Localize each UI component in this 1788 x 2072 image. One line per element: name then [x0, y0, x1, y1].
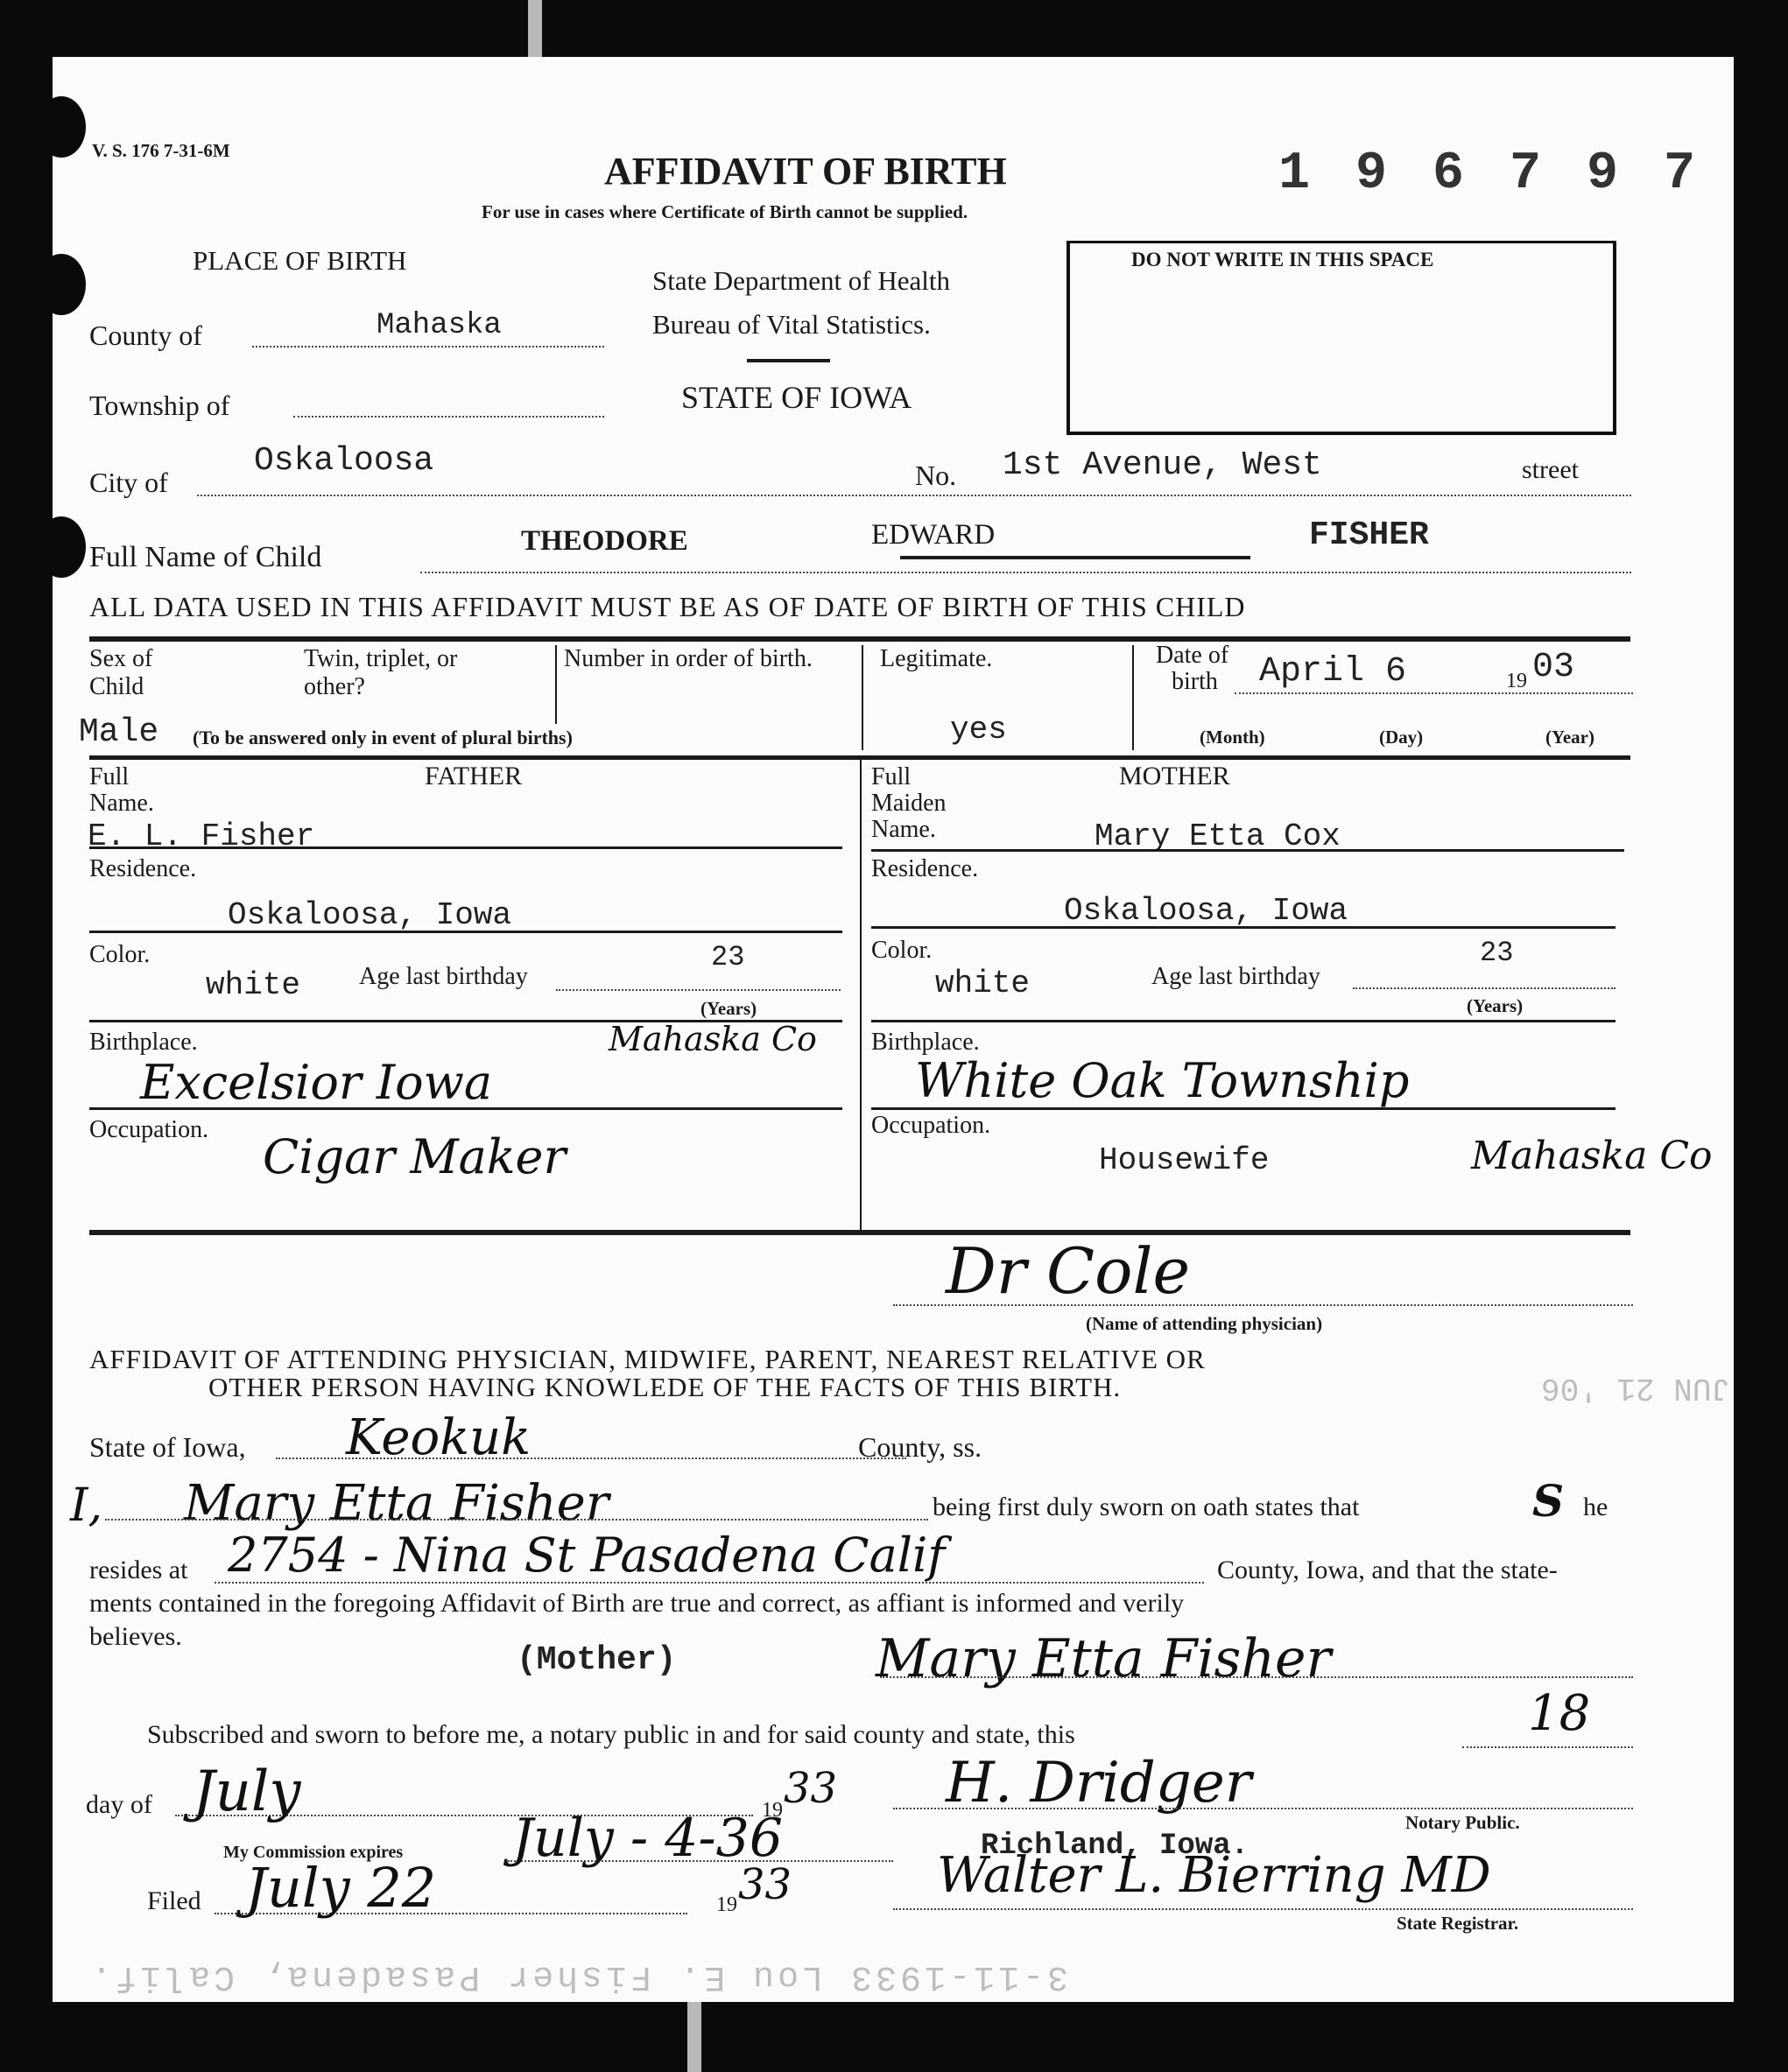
affidavit-county-value[interactable]: Keokuk	[346, 1409, 531, 1466]
mother-age-value[interactable]: 23	[1480, 937, 1513, 969]
punch-hole	[37, 254, 86, 315]
form-subtitle: For use in cases where Certificate of Bi…	[482, 201, 968, 223]
place-of-birth-heading: PLACE OF BIRTH	[193, 245, 406, 277]
day-caption: (Day)	[1379, 727, 1423, 748]
city-label: City of	[89, 467, 168, 499]
county-iowa-text: County, Iowa, and that the state-	[1217, 1556, 1558, 1585]
street-value[interactable]: 1st Avenue, West	[1003, 446, 1322, 484]
column-divider	[862, 645, 863, 750]
county-line	[252, 346, 604, 348]
divider	[747, 359, 830, 362]
believes-text: believes.	[89, 1622, 182, 1652]
dob-label-line2: birth	[1172, 668, 1218, 696]
field-line	[89, 846, 842, 849]
county-value[interactable]: Mahaska	[377, 309, 502, 342]
mother-birthplace-note[interactable]: Mahaska Co	[1471, 1134, 1712, 1178]
statement-line: ments contained in the foregoing Affidav…	[89, 1589, 1184, 1619]
pronoun-value[interactable]: S	[1532, 1475, 1564, 1527]
mother-residence-label: Residence.	[871, 855, 978, 883]
relation-value[interactable]: (Mother)	[517, 1641, 676, 1679]
scanner-strip	[528, 0, 542, 57]
punch-hole	[37, 96, 86, 158]
sworn-text: being first duly sworn on oath states th…	[933, 1493, 1359, 1522]
signature-line	[880, 1676, 1633, 1678]
year-caption: (Year)	[1545, 727, 1594, 748]
dob-month-day[interactable]: April 6	[1259, 652, 1406, 692]
father-heading: FATHER	[425, 762, 522, 791]
field-line	[89, 931, 842, 933]
day-line	[1462, 1746, 1633, 1748]
mother-color-value[interactable]: white	[935, 966, 1030, 1001]
mother-occupation-value[interactable]: Housewife	[1099, 1142, 1269, 1178]
mother-age-label: Age last birthday	[1151, 963, 1320, 991]
subscribed-text: Subscribed and sworn to before me, a not…	[147, 1720, 1075, 1750]
dob-year-prefix: 19	[1506, 670, 1527, 693]
dob-line	[1235, 692, 1633, 694]
father-birthplace-label: Birthplace.	[89, 1029, 198, 1057]
form-code: V. S. 176 7-31-6M	[92, 140, 230, 162]
physician-name-value[interactable]: Dr Cole	[946, 1234, 1190, 1308]
notary-month-value[interactable]: July	[193, 1759, 301, 1824]
column-divider	[1132, 645, 1134, 750]
physician-line	[893, 1304, 1633, 1306]
legitimate-label: Legitimate.	[880, 645, 992, 673]
county-ss-label: County, ss.	[858, 1431, 982, 1464]
age-line	[556, 989, 841, 991]
registrar-signature[interactable]: Walter L. Bierring MD	[937, 1847, 1491, 1904]
plural-births-note: (To be answered only in event of plural …	[193, 727, 573, 749]
mother-heading: MOTHER	[1119, 762, 1230, 791]
affidavit-sheet: V. S. 176 7-31-6M AFFIDAVIT OF BIRTH For…	[53, 57, 1734, 2002]
affidavit-heading-1: AFFIDAVIT OF ATTENDING PHYSICIAN, MIDWIF…	[89, 1344, 1206, 1375]
township-label: Township of	[89, 390, 229, 422]
received-stamp: JUN 21 '06	[1541, 1370, 1730, 1406]
filed-year-suffix[interactable]: 33	[738, 1860, 792, 1909]
city-line	[197, 495, 1631, 496]
child-name-label: Full Name of Child	[89, 541, 321, 574]
mother-color-label: Color.	[871, 937, 932, 965]
father-age-value[interactable]: 23	[711, 941, 744, 973]
department-name: State Department of Health	[652, 265, 950, 297]
father-name-label: Full Name.	[89, 764, 177, 817]
child-middle-name[interactable]: EDWARD	[871, 519, 995, 551]
do-not-write-label: DO NOT WRITE IN THIS SPACE	[1131, 249, 1433, 271]
column-divider	[555, 645, 557, 724]
affidavit-heading-2: OTHER PERSON HAVING KNOWLEDE OF THE FACT…	[208, 1372, 1121, 1403]
father-age-label: Age last birthday	[359, 963, 528, 991]
notary-year-suffix[interactable]: 33	[784, 1764, 837, 1813]
sex-value[interactable]: Male	[79, 713, 158, 751]
field-line	[89, 1107, 842, 1110]
physician-caption: (Name of attending physician)	[1086, 1313, 1322, 1335]
father-color-label: Color.	[89, 941, 150, 969]
number-label: No.	[915, 460, 956, 492]
affiant-signature[interactable]: Mary Etta Fisher	[876, 1628, 1331, 1689]
field-line	[871, 1107, 1616, 1110]
father-color-value[interactable]: white	[206, 967, 300, 1003]
child-first-name[interactable]: THEODORE	[521, 525, 688, 558]
mother-birthplace-value[interactable]: White Oak Township	[915, 1053, 1409, 1108]
father-occupation-label: Occupation.	[89, 1116, 208, 1144]
mother-residence-value[interactable]: Oskaloosa, Iowa	[1064, 893, 1348, 929]
dob-label-line1: Date of	[1156, 642, 1228, 670]
middle-name-underline	[900, 556, 1250, 559]
filed-label: Filed	[147, 1886, 201, 1916]
street-label: street	[1522, 455, 1579, 485]
father-residence-value[interactable]: Oskaloosa, Iowa	[228, 897, 511, 933]
day-of-label: day of	[86, 1790, 152, 1820]
punch-hole	[37, 516, 86, 578]
dob-year-suffix[interactable]: 03	[1532, 648, 1574, 687]
mother-name-label: Full Maiden Name.	[871, 764, 968, 843]
state-registrar-label: State Registrar.	[1397, 1913, 1518, 1935]
parents-divider	[860, 760, 862, 1233]
affiant-name-value[interactable]: Mary Etta Fisher	[184, 1475, 609, 1532]
father-residence-label: Residence.	[89, 855, 196, 883]
filed-date-value[interactable]: July 22	[245, 1856, 436, 1920]
city-value[interactable]: Oskaloosa	[254, 442, 433, 480]
child-last-name[interactable]: FISHER	[1309, 516, 1429, 554]
affiant-line	[105, 1519, 928, 1521]
office-use-box: DO NOT WRITE IN THIS SPACE	[1066, 241, 1616, 435]
state-name: STATE OF IOWA	[681, 379, 912, 416]
twin-label: Twin, triplet, or other?	[304, 645, 479, 701]
notary-signature[interactable]: H. Dridger	[946, 1751, 1251, 1816]
father-birthplace-value[interactable]: Excelsior Iowa	[140, 1055, 492, 1110]
affiant-address-value[interactable]: 2754 - Nina St Pasadena Calif	[228, 1528, 945, 1583]
section-rule	[89, 1230, 1630, 1235]
form-title: AFFIDAVIT OF BIRTH	[604, 149, 1007, 193]
notary-signature-line	[893, 1808, 1633, 1809]
state-of-iowa-label: State of Iowa,	[89, 1431, 246, 1464]
filed-year-prefix: 19	[716, 1893, 737, 1917]
pronoun-suffix: he	[1583, 1493, 1608, 1522]
township-line	[293, 416, 604, 418]
age-line	[1353, 987, 1616, 989]
bureau-name: Bureau of Vital Statistics.	[652, 309, 931, 341]
section-rule	[89, 636, 1630, 642]
field-line	[871, 926, 1616, 929]
father-birthplace-note[interactable]: Mahaska Co	[609, 1020, 817, 1058]
scanner-strip	[687, 2002, 701, 2072]
field-line	[871, 849, 1624, 852]
child-name-line	[420, 572, 1631, 573]
father-occupation-value[interactable]: Cigar Maker	[263, 1129, 566, 1184]
field-line	[871, 1020, 1616, 1022]
affiant-prefix: I,	[70, 1479, 102, 1532]
registrar-line	[893, 1908, 1633, 1910]
sex-label: Sex of Child	[89, 645, 186, 701]
serial-number: 1 9 6 7 9 7	[1278, 144, 1702, 204]
years-caption: (Years)	[700, 998, 757, 1020]
bleed-through-text: 3-11-1933 Lou E. Fisher Pasadena, Calif.	[88, 1956, 1068, 1996]
birth-order-label: Number in order of birth.	[564, 645, 827, 673]
month-caption: (Month)	[1200, 727, 1265, 748]
years-caption: (Years)	[1467, 995, 1523, 1017]
legitimate-value[interactable]: yes	[950, 712, 1007, 748]
mother-occupation-label: Occupation.	[871, 1112, 990, 1140]
county-label: County of	[89, 320, 202, 352]
notary-day-value[interactable]: 18	[1528, 1685, 1590, 1742]
resides-at-label: resides at	[89, 1556, 187, 1585]
data-notice: ALL DATA USED IN THIS AFFIDAVIT MUST BE …	[89, 591, 1246, 623]
notary-public-label: Notary Public.	[1405, 1812, 1520, 1834]
